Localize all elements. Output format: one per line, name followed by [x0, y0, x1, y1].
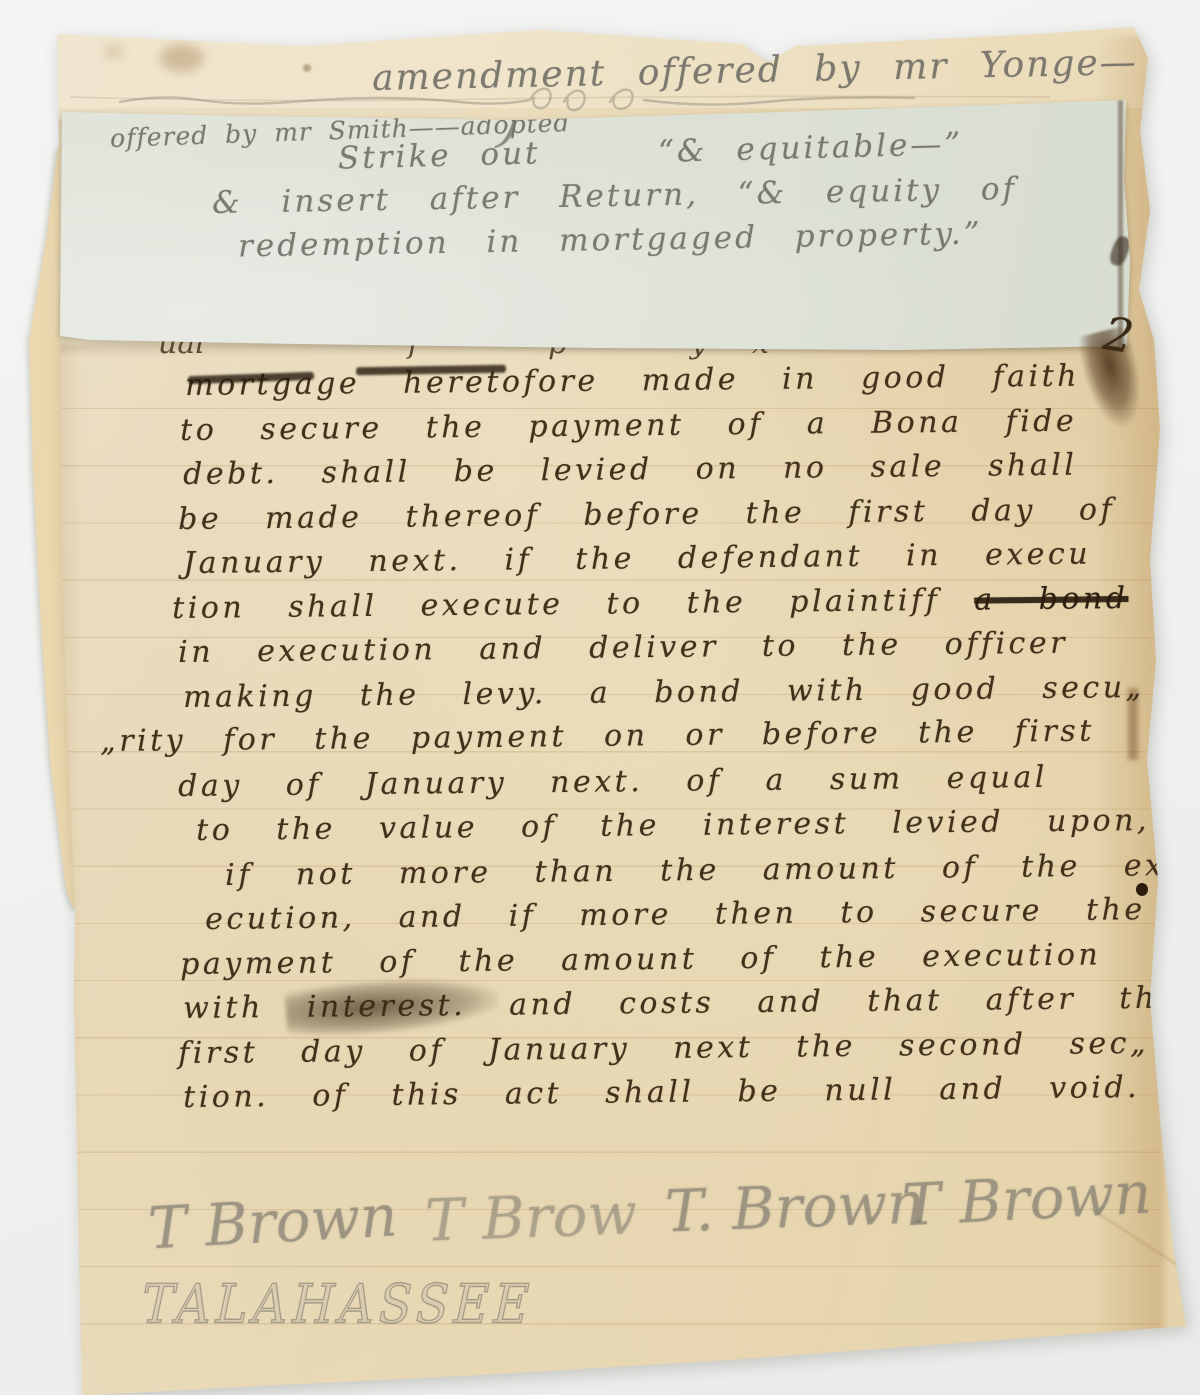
- slip-strike-note: Strike out: [338, 135, 541, 176]
- document-scan: ual f p y x mortgage heretofore made in …: [0, 0, 1200, 1395]
- pasted-slip-wrap: offered by mr Smith——adopted ) Strike ou…: [0, 0, 1200, 1395]
- erased-pencil-scribble: [0, 0, 1200, 140]
- pasted-slip: offered by mr Smith——adopted ) Strike ou…: [0, 0, 1200, 1395]
